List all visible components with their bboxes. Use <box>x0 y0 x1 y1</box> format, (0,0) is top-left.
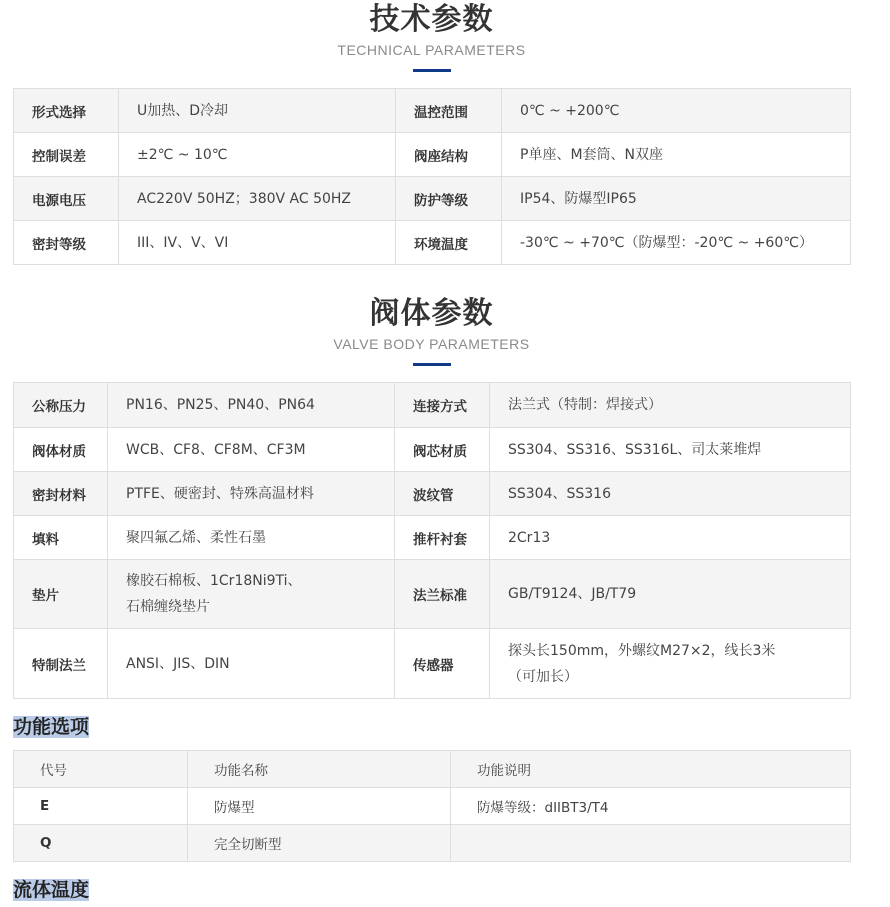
param-value-line: 石棉缠绕垫片 <box>126 594 384 620</box>
valve-body-section-header: 阀体参数 VALVE BODY PARAMETERS <box>0 296 863 366</box>
param-value-line: （可加长） <box>508 664 840 690</box>
param-value: ±2℃ ~ 10℃ <box>119 133 396 177</box>
param-value: -30℃ ~ +70℃（防爆型：-20℃ ~ +60℃） <box>502 221 851 265</box>
param-value: WCB、CF8、CF8M、CF3M <box>108 428 395 472</box>
option-description: 防爆等级：dIIBT3/T4 <box>451 788 851 825</box>
param-label: 电源电压 <box>14 177 119 221</box>
option-name: 完全切断型 <box>188 825 451 862</box>
table-row: 电源电压 AC220V 50HZ；380V AC 50HZ 防护等级 IP54、… <box>14 177 851 221</box>
param-value: 橡胶石棉板、1Cr18Ni9Ti、 石棉缠绕垫片 <box>108 560 395 629</box>
title-underline-divider <box>413 69 451 72</box>
param-label: 特制法兰 <box>14 629 108 699</box>
option-name: 防爆型 <box>188 788 451 825</box>
fluid-temperature-heading: 流体温度 <box>13 878 89 902</box>
param-value: PTFE、硬密封、特殊高温材料 <box>108 472 395 516</box>
param-label: 传感器 <box>395 629 490 699</box>
param-value: PN16、PN25、PN40、PN64 <box>108 383 395 428</box>
param-value: P单座、M套筒、N双座 <box>502 133 851 177</box>
table-row: 密封等级 III、IV、V、VI 环境温度 -30℃ ~ +70℃（防爆型：-2… <box>14 221 851 265</box>
param-label: 垫片 <box>14 560 108 629</box>
param-value: 聚四氟乙烯、柔性石墨 <box>108 516 395 560</box>
table-row: 阀体材质 WCB、CF8、CF8M、CF3M 阀芯材质 SS304、SS316、… <box>14 428 851 472</box>
function-options-heading-text: 功能选项 <box>13 716 89 738</box>
param-label: 控制误差 <box>14 133 119 177</box>
param-label: 填料 <box>14 516 108 560</box>
technical-parameters-table: 形式选择 U加热、D冷却 温控范围 0℃ ~ +200℃ 控制误差 ±2℃ ~ … <box>13 88 851 265</box>
param-label: 法兰标准 <box>395 560 490 629</box>
table-row: 垫片 橡胶石棉板、1Cr18Ni9Ti、 石棉缠绕垫片 法兰标准 GB/T912… <box>14 560 851 629</box>
technical-title: 技术参数 <box>0 2 863 38</box>
table-row: Q 完全切断型 <box>14 825 851 862</box>
param-label: 连接方式 <box>395 383 490 428</box>
param-value-line: 探头长150mm，外螺纹M27×2，线长3米 <box>508 638 840 664</box>
table-row: E 防爆型 防爆等级：dIIBT3/T4 <box>14 788 851 825</box>
param-value: 法兰式（特制：焊接式） <box>490 383 851 428</box>
option-code: Q <box>14 825 188 862</box>
param-value: 2Cr13 <box>490 516 851 560</box>
param-label: 波纹管 <box>395 472 490 516</box>
column-header-code: 代号 <box>14 751 188 788</box>
technical-subtitle: TECHNICAL PARAMETERS <box>0 41 863 59</box>
param-label: 公称压力 <box>14 383 108 428</box>
param-label: 温控范围 <box>396 89 502 133</box>
param-value: ANSI、JIS、DIN <box>108 629 395 699</box>
valve-body-title: 阀体参数 <box>0 296 863 332</box>
param-value: SS304、SS316、SS316L、司太莱堆焊 <box>490 428 851 472</box>
fluid-temperature-heading-text: 流体温度 <box>13 879 89 901</box>
param-value: 0℃ ~ +200℃ <box>502 89 851 133</box>
column-header-name: 功能名称 <box>188 751 451 788</box>
table-row: 公称压力 PN16、PN25、PN40、PN64 连接方式 法兰式（特制：焊接式… <box>14 383 851 428</box>
param-value: AC220V 50HZ；380V AC 50HZ <box>119 177 396 221</box>
param-value: 探头长150mm，外螺纹M27×2，线长3米 （可加长） <box>490 629 851 699</box>
column-header-description: 功能说明 <box>451 751 851 788</box>
param-label: 防护等级 <box>396 177 502 221</box>
param-label: 形式选择 <box>14 89 119 133</box>
param-value-line: 橡胶石棉板、1Cr18Ni9Ti、 <box>126 568 384 594</box>
function-options-table: 代号 功能名称 功能说明 E 防爆型 防爆等级：dIIBT3/T4 Q 完全切断… <box>13 750 851 862</box>
param-value: SS304、SS316 <box>490 472 851 516</box>
table-row: 填料 聚四氟乙烯、柔性石墨 推杆衬套 2Cr13 <box>14 516 851 560</box>
param-label: 阀体材质 <box>14 428 108 472</box>
param-label: 推杆衬套 <box>395 516 490 560</box>
valve-body-subtitle: VALVE BODY PARAMETERS <box>0 335 863 353</box>
table-header-row: 代号 功能名称 功能说明 <box>14 751 851 788</box>
param-label: 阀座结构 <box>396 133 502 177</box>
param-label: 密封等级 <box>14 221 119 265</box>
param-value: U加热、D冷却 <box>119 89 396 133</box>
table-row: 密封材料 PTFE、硬密封、特殊高温材料 波纹管 SS304、SS316 <box>14 472 851 516</box>
title-underline-divider <box>413 363 451 366</box>
param-label: 环境温度 <box>396 221 502 265</box>
param-value: GB/T9124、JB/T79 <box>490 560 851 629</box>
function-options-heading: 功能选项 <box>13 715 89 739</box>
option-description <box>451 825 851 862</box>
table-row: 形式选择 U加热、D冷却 温控范围 0℃ ~ +200℃ <box>14 89 851 133</box>
table-row: 控制误差 ±2℃ ~ 10℃ 阀座结构 P单座、M套筒、N双座 <box>14 133 851 177</box>
technical-section-header: 技术参数 TECHNICAL PARAMETERS <box>0 2 863 72</box>
valve-body-parameters-table: 公称压力 PN16、PN25、PN40、PN64 连接方式 法兰式（特制：焊接式… <box>13 382 851 699</box>
param-value: IP54、防爆型IP65 <box>502 177 851 221</box>
param-label: 阀芯材质 <box>395 428 490 472</box>
table-row: 特制法兰 ANSI、JIS、DIN 传感器 探头长150mm，外螺纹M27×2，… <box>14 629 851 699</box>
option-code: E <box>14 788 188 825</box>
param-label: 密封材料 <box>14 472 108 516</box>
param-value: III、IV、V、VI <box>119 221 396 265</box>
